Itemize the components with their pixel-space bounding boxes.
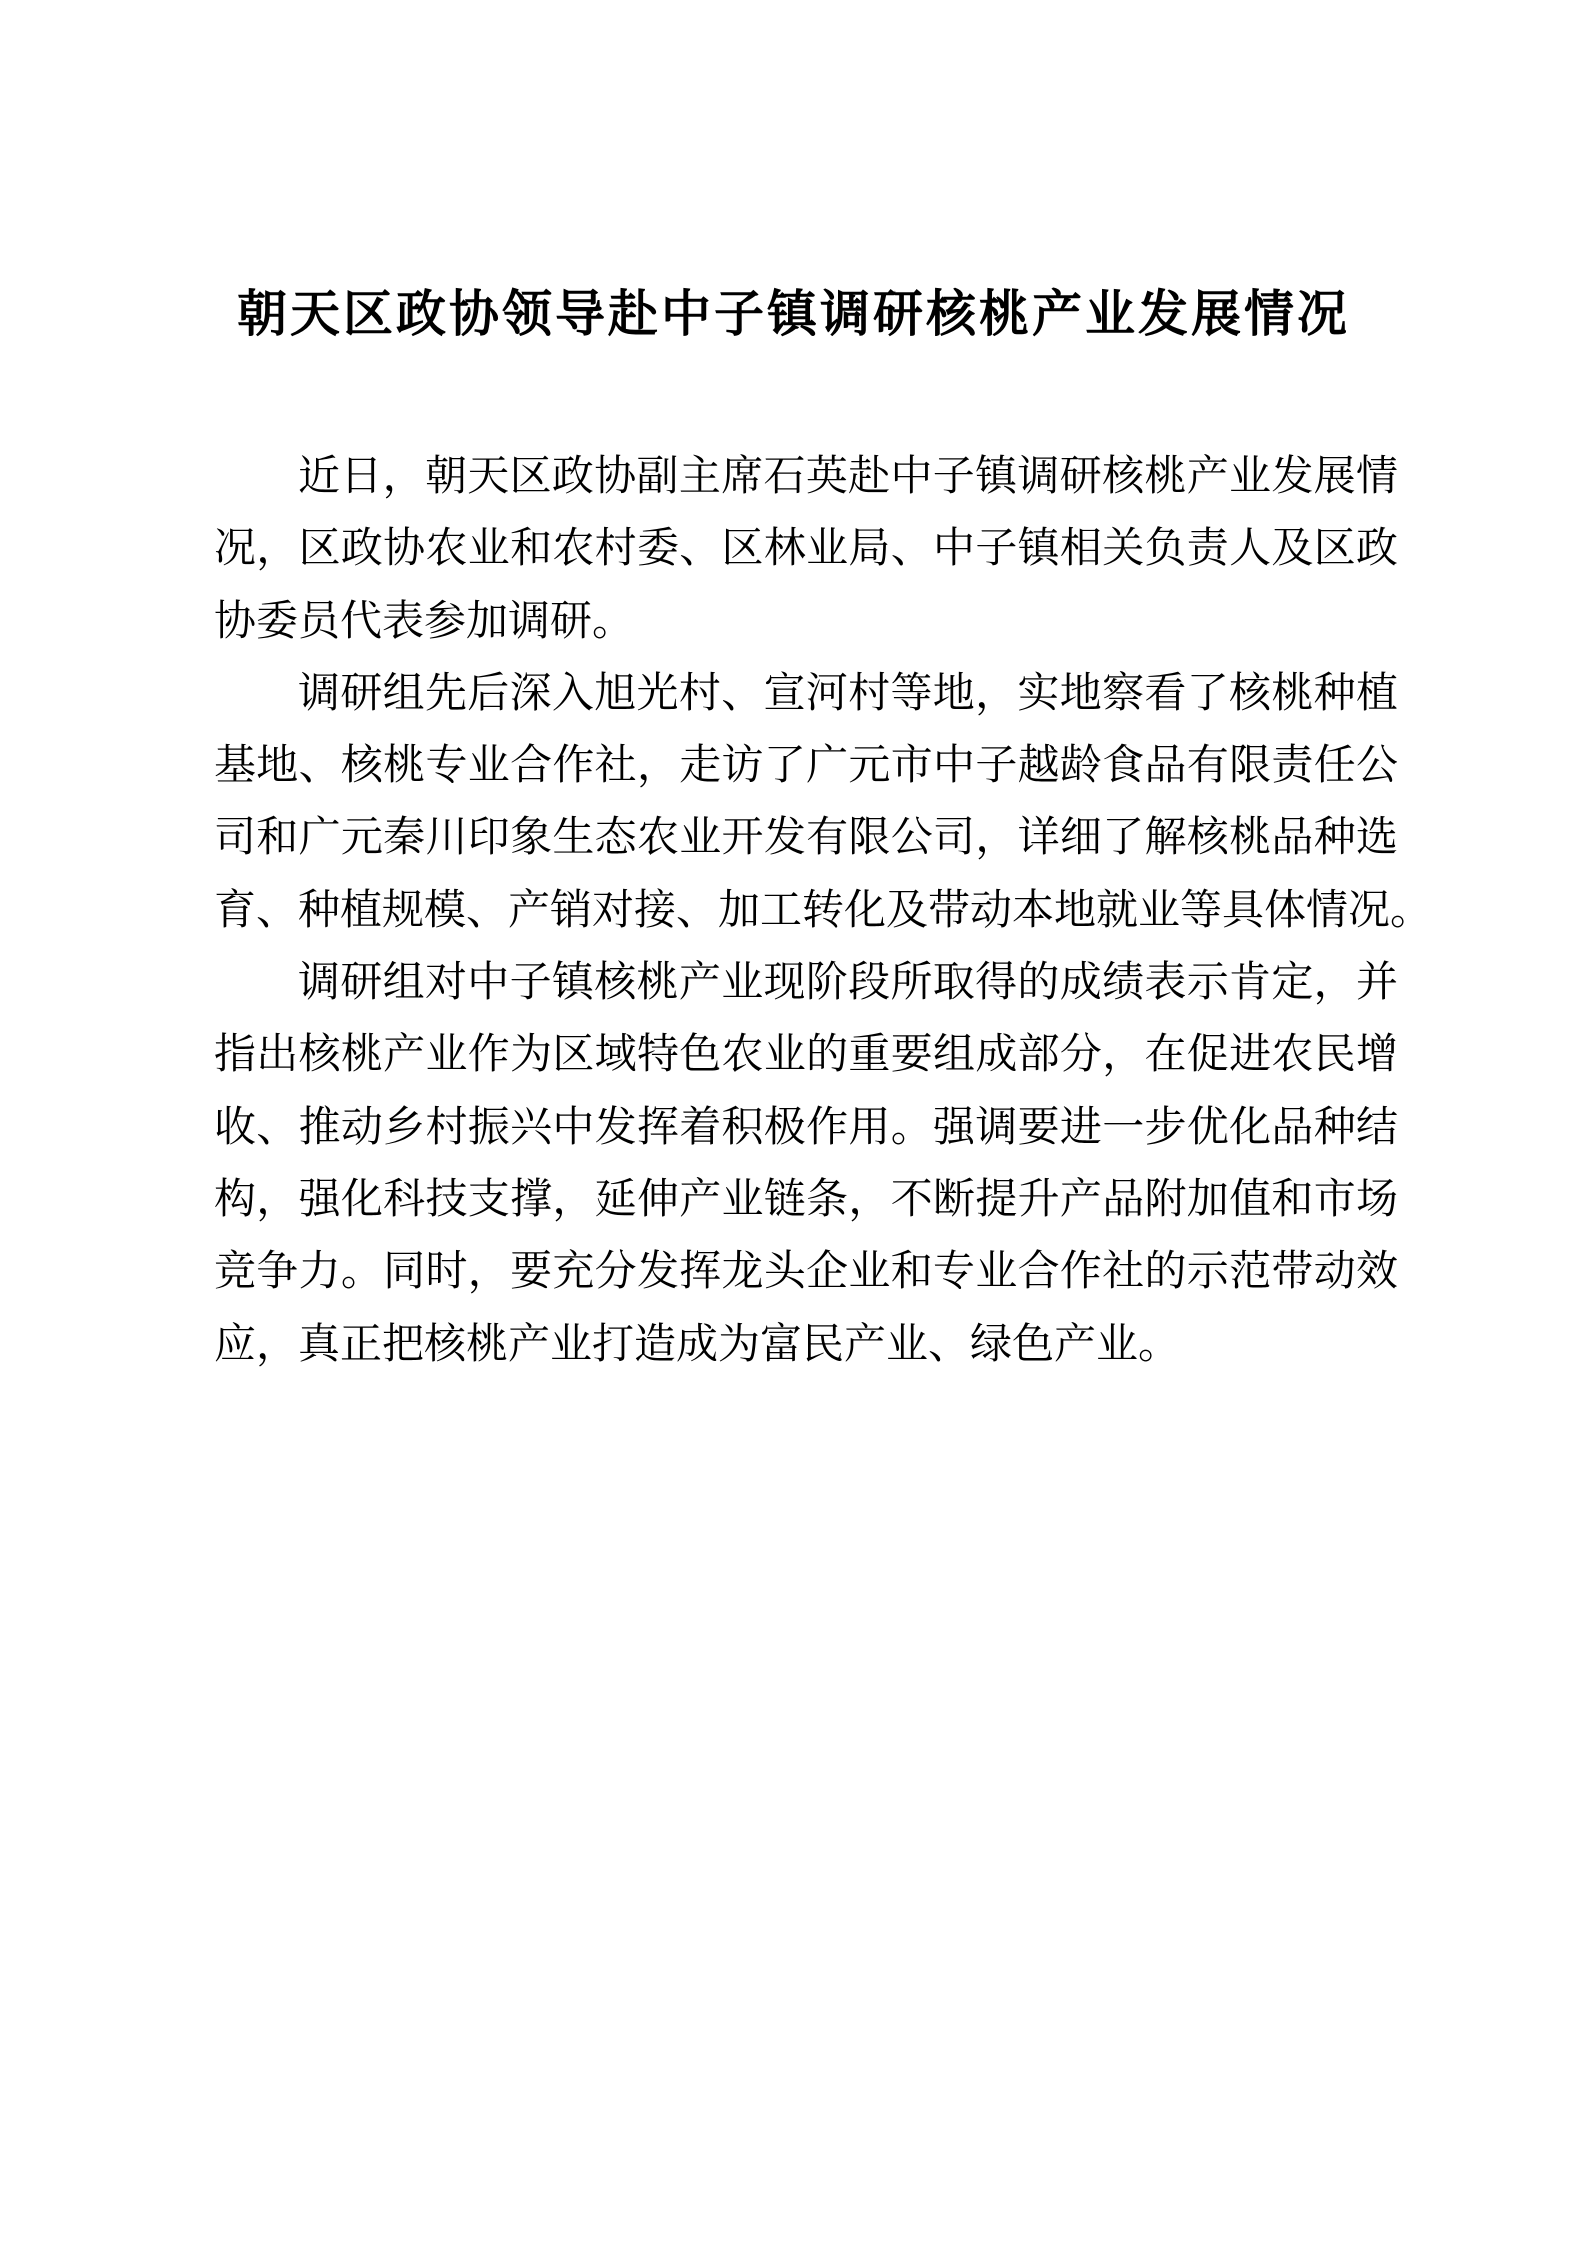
body-line: 近日，朝天区政协副主席石英赴中子镇调研核桃产业发展情	[214, 441, 1398, 513]
body-line: 应，真正把核桃产业打造成为富民产业、绿色产业。	[214, 1309, 1398, 1381]
body-line: 协委员代表参加调研。	[214, 586, 1398, 658]
paragraph-2: 调研组先后深入旭光村、宣河村等地，实地察看了核桃种植 基地、核桃专业合作社，走访…	[214, 658, 1398, 947]
document-title: 朝天区政协领导赴中子镇调研核桃产业发展情况	[0, 278, 1587, 350]
document-body: 近日，朝天区政协副主席石英赴中子镇调研核桃产业发展情 况，区政协农业和农村委、区…	[214, 441, 1398, 1381]
paragraph-3: 调研组对中子镇核桃产业现阶段所取得的成绩表示肯定，并 指出核桃产业作为区域特色农…	[214, 947, 1398, 1381]
body-line: 况，区政协农业和农村委、区林业局、中子镇相关负责人及区政	[214, 513, 1398, 585]
body-line: 基地、核桃专业合作社，走访了广元市中子越龄食品有限责任公	[214, 730, 1398, 802]
body-line: 构，强化科技支撑，延伸产业链条，不断提升产品附加值和市场	[214, 1164, 1398, 1236]
body-line: 调研组对中子镇核桃产业现阶段所取得的成绩表示肯定，并	[214, 947, 1398, 1019]
document-page: 朝天区政协领导赴中子镇调研核桃产业发展情况 近日，朝天区政协副主席石英赴中子镇调…	[0, 0, 1587, 2245]
body-line: 育、种植规模、产销对接、加工转化及带动本地就业等具体情况。	[214, 875, 1398, 947]
body-line: 收、推动乡村振兴中发挥着积极作用。强调要进一步优化品种结	[214, 1092, 1398, 1164]
body-line: 司和广元秦川印象生态农业开发有限公司，详细了解核桃品种选	[214, 802, 1398, 874]
body-line: 调研组先后深入旭光村、宣河村等地，实地察看了核桃种植	[214, 658, 1398, 730]
paragraph-1: 近日，朝天区政协副主席石英赴中子镇调研核桃产业发展情 况，区政协农业和农村委、区…	[214, 441, 1398, 658]
body-line: 指出核桃产业作为区域特色农业的重要组成部分，在促进农民增	[214, 1019, 1398, 1091]
body-line: 竞争力。同时，要充分发挥龙头企业和专业合作社的示范带动效	[214, 1236, 1398, 1308]
